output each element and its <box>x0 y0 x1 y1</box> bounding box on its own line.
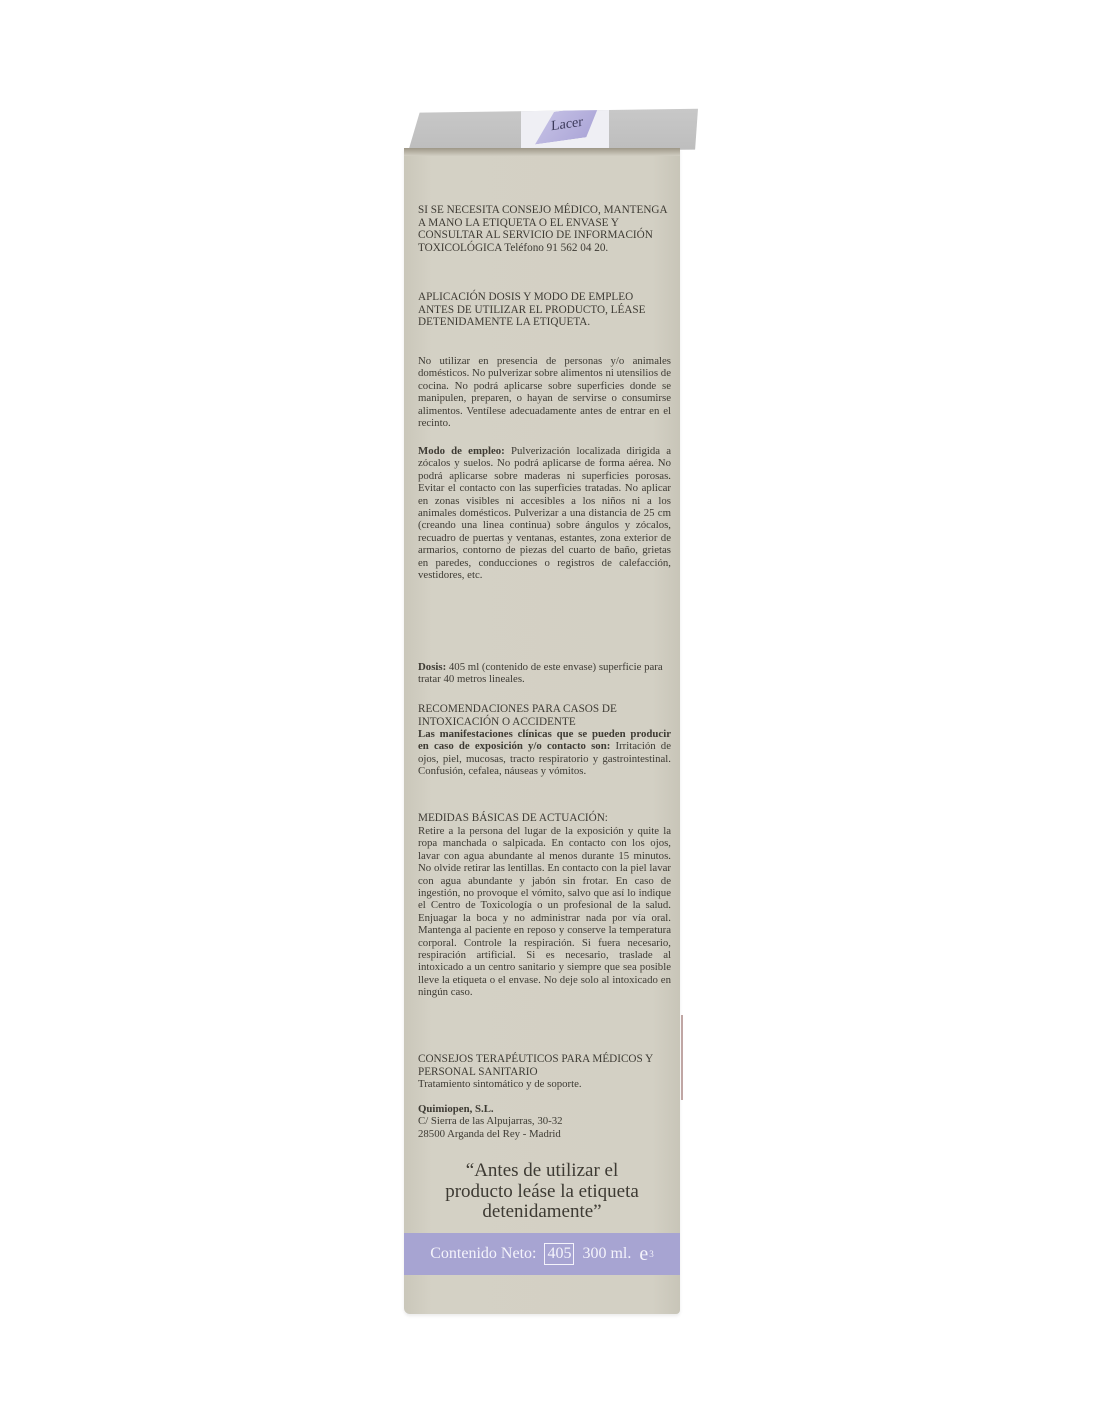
therapy-text: Tratamiento sintomático y de soporte. <box>418 1078 671 1090</box>
box-edge-accent <box>681 1015 683 1100</box>
usage-label: Modo de empleo: <box>418 445 505 457</box>
usage-paragraph: Modo de empleo: Pulverización localizada… <box>418 445 671 581</box>
box-top-flap: Lacer <box>408 104 698 152</box>
company-address-line-1: C/ Sierra de las Alpujarras, 30-32 <box>418 1115 671 1127</box>
dose-paragraph: Dosis: 405 ml (contenido de este envase)… <box>418 661 671 686</box>
estimated-sign-subscript: 3 <box>649 1233 654 1275</box>
quote-line-2: producto leáse la etiqueta <box>404 1182 680 1203</box>
net-content-band: Contenido Neto: 405 300 ml. e 3 <box>404 1233 680 1275</box>
recommendations-heading: RECOMENDACIONES PARA CASOS DE INTOXICACI… <box>418 703 671 728</box>
net-content-value: 300 ml. <box>582 1233 631 1275</box>
net-content-boxed-value: 405 <box>544 1243 574 1265</box>
dose-text: 405 ml (contenido de este envase) superf… <box>418 661 663 685</box>
read-label-quote: “Antes de utilizar el producto leáse la … <box>404 1161 680 1223</box>
company-info: Quimiopen, S.L. C/ Sierra de las Alpujar… <box>418 1103 671 1140</box>
dose-label: Dosis: <box>418 661 446 673</box>
measures-paragraph: Retire a la persona del lugar de la expo… <box>418 825 671 999</box>
usage-text: Pulverización localizada dirigida a zóca… <box>418 445 671 581</box>
precautions-paragraph: No utilizar en presencia de personas y/o… <box>418 355 671 429</box>
flap-label: Lacer <box>521 106 609 150</box>
clinical-paragraph: Las manifestaciones clínicas que se pued… <box>418 728 671 778</box>
company-name: Quimiopen, S.L. <box>418 1103 671 1115</box>
application-heading: APLICACIÓN DOSIS Y MODO DE EMPLEO ANTES … <box>418 291 671 329</box>
company-address-line-2: 28500 Arganda del Rey - Madrid <box>418 1128 671 1140</box>
product-box-side-panel: SI SE NECESITA CONSEJO MÉDICO, MANTENGA … <box>404 148 680 1314</box>
medical-advice-warning: SI SE NECESITA CONSEJO MÉDICO, MANTENGA … <box>418 204 671 254</box>
measures-heading: MEDIDAS BÁSICAS DE ACTUACIÓN: <box>418 812 671 825</box>
estimated-sign-icon: e <box>639 1233 648 1275</box>
quote-line-1: “Antes de utilizar el <box>404 1161 680 1182</box>
net-content-label: Contenido Neto: <box>430 1233 536 1275</box>
brand-logo: Lacer <box>535 106 599 145</box>
quote-line-3: detenidamente” <box>404 1202 680 1223</box>
therapy-heading: CONSEJOS TERAPÉUTICOS PARA MÉDICOS Y PER… <box>418 1053 671 1078</box>
